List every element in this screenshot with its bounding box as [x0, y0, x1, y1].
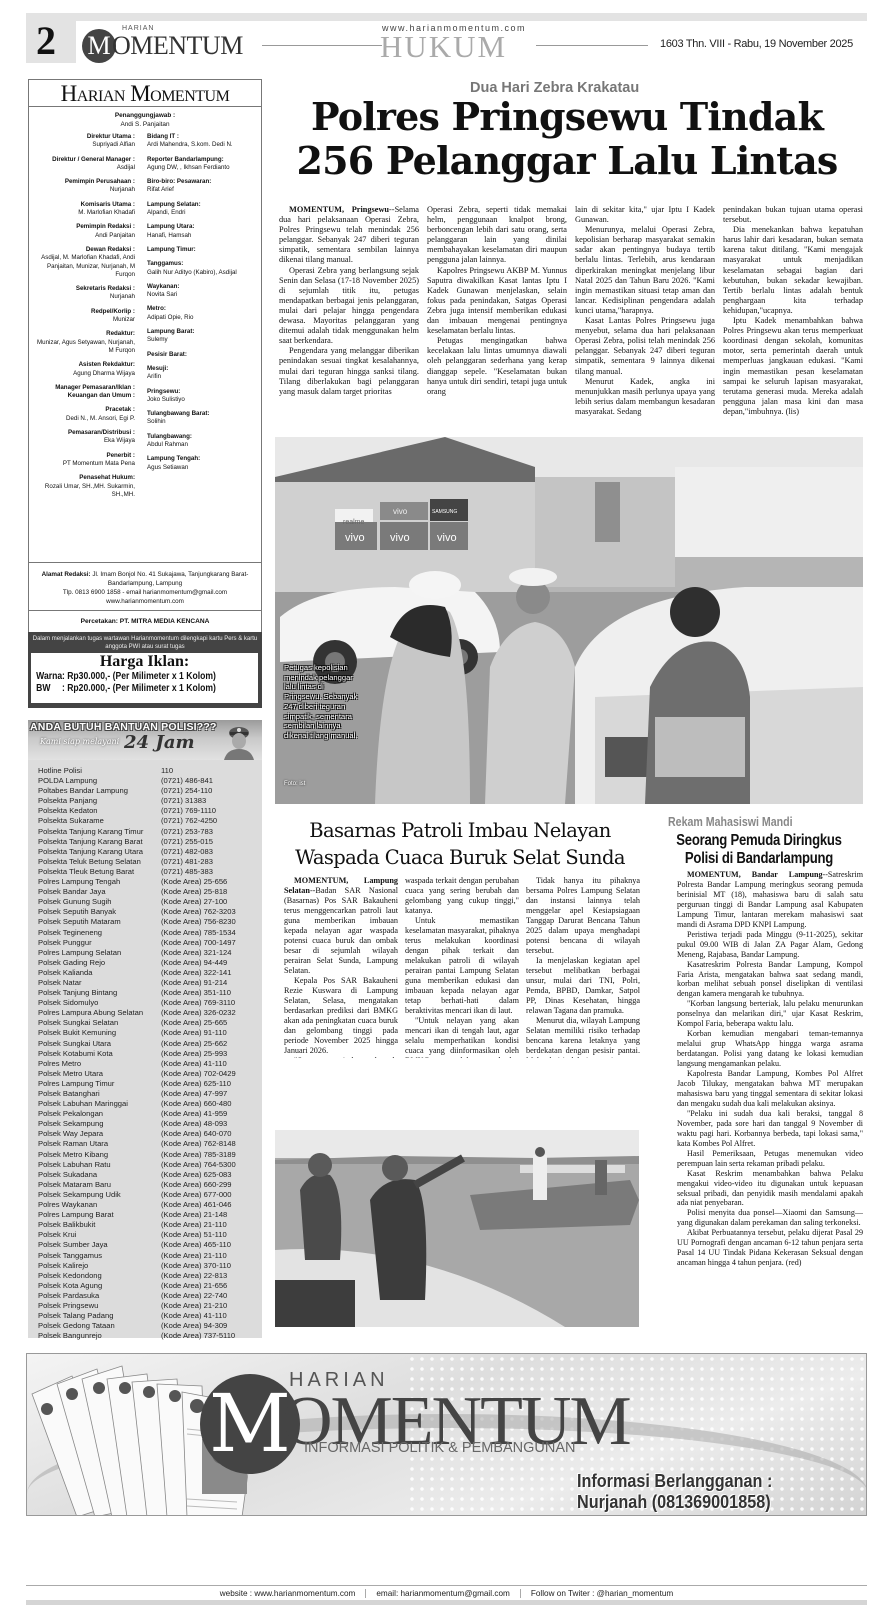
staff-entry: Lampung Timur: — [147, 246, 257, 254]
police-phone[interactable]: (Kode Area) 640-070 — [161, 1129, 232, 1139]
subscription-ad[interactable]: M HARIAN OMENTUM INFORMASI POLITIK & PEM… — [26, 1353, 867, 1516]
police-phone[interactable]: (Kode Area) 326-0232 — [161, 1008, 236, 1018]
staff-role: Tulangbawang: — [147, 433, 257, 441]
ad-subscription-contact[interactable]: Nurjanah (081369001858) — [577, 1492, 771, 1513]
police-phone[interactable]: (Kode Area) 461-046 — [161, 1200, 232, 1210]
police-unit-name: Polsek Seputih Banyak — [38, 907, 161, 917]
police-contact-row: Polsek Kalianda(Kode Area) 322-141 — [38, 968, 262, 978]
police-phone[interactable]: (Kode Area) 22-740 — [161, 1291, 227, 1301]
ad-subscription-label: Informasi Berlangganan : — [577, 1471, 772, 1492]
article1-photo[interactable]: realme vivo vivo vivo vivo SAMSUNG Petug… — [275, 437, 863, 804]
police-phone[interactable]: (Kode Area) 22-813 — [161, 1271, 227, 1281]
headline-line: Waspada Cuaca Buruk Selat Sunda — [280, 844, 640, 871]
staff-role: Direktur / General Manager : — [33, 156, 135, 164]
staff-role: Lampung Barat: — [147, 328, 257, 336]
staff-names: Munizar — [33, 316, 135, 324]
logo-wordmark: OMENTUM — [112, 31, 243, 61]
staff-entry: Manager Pemasaran/Iklan : Keuangan dan U… — [33, 384, 135, 401]
police-phone[interactable]: (0721) 481-283 — [161, 857, 213, 867]
police-unit-name: Polsek Kotabumi Kota — [38, 1049, 161, 1059]
police-phone[interactable]: (Kode Area) 465-110 — [161, 1240, 231, 1250]
police-unit-name: Polsek Pekalongan — [38, 1109, 161, 1119]
police-unit-name: POLDA Lampung — [38, 776, 161, 786]
police-unit-name: Polsek Tegineneng — [38, 928, 161, 938]
price-row-color: Warna: Rp30.000,- (Per Milimeter x 1 Kol… — [31, 671, 226, 683]
police-unit-name: Polsek Balikbukit — [38, 1220, 161, 1230]
staff-entry: Pemimpin Redaksi :Andi Panjaitan — [33, 223, 135, 240]
police-phone[interactable]: (Kode Area) 21-210 — [161, 1301, 227, 1311]
police-phone[interactable]: (Kode Area) 785-3189 — [161, 1150, 236, 1160]
staff-names: PT Momentum Mata Pena — [33, 460, 135, 468]
police-contact-row: Polsek Sekampung(Kode Area) 48-093 — [38, 1119, 262, 1129]
police-unit-name: Polsek Tanggamus — [38, 1251, 161, 1261]
police-contact-row: Polsek Tegineneng(Kode Area) 785-1534 — [38, 928, 262, 938]
article-paragraph: Kasatreskrim Polresta Bandar Lampung, Ko… — [677, 960, 863, 1000]
police-phone[interactable]: (Kode Area) 41-110 — [161, 1311, 227, 1321]
police-phone[interactable]: (Kode Area) 51-110 — [161, 1230, 227, 1240]
police-phone[interactable]: (Kode Area) 25-993 — [161, 1049, 227, 1059]
police-phone[interactable]: (Kode Area) 702-0429 — [161, 1069, 236, 1079]
staff-role: Redpel/Korlip : — [33, 308, 135, 316]
staff-names: Agus Setiawan — [147, 464, 257, 472]
police-phone[interactable]: (0721) 485-383 — [161, 867, 213, 877]
police-unit-name: Polsek Talang Padang — [38, 1311, 161, 1321]
article-paragraph: Menurunya, melalui Operasi Zebra, kepoli… — [575, 225, 715, 316]
article-paragraph: Untuk memastikan keselamatan masyarakat,… — [405, 916, 519, 1016]
staff-role: Biro-biro: Pesawaran: — [147, 178, 257, 186]
staff-entry: Dewan Redaksi :Asdijal, M. Marlofian Kha… — [33, 246, 135, 279]
staff-role: Komisaris Utama : — [33, 201, 135, 209]
staff-entry: Direktur / General Manager :Asdijal — [33, 156, 135, 173]
police-unit-name: Polres Waykanan — [38, 1200, 161, 1210]
police-contact-row: Polsek Mataram Baru(Kode Area) 660-299 — [38, 1180, 262, 1190]
paragraph-text: --Badan SAR Nasional (Basarnas) Pos SAR … — [284, 886, 398, 975]
ad-price-title: Harga Iklan: — [31, 653, 258, 671]
masthead-columns: Direktur Utama :Supriyadi AlfianDirektur… — [29, 133, 261, 505]
police-phone[interactable]: (0721) 482-083 — [161, 847, 213, 857]
footer-separator — [520, 1589, 521, 1598]
police-contact-row: Polsekta Tanjung Karang Barat(0721) 255-… — [38, 837, 262, 847]
staff-names: Arifin — [147, 373, 257, 381]
staff-names: Rozali Umar, SH.,MH. Sukarmin, SH.,MH. — [33, 483, 135, 500]
police-unit-name: Polsek Labuhan Maringgai — [38, 1099, 161, 1109]
staff-entry: Lampung Barat:Sulemy — [147, 328, 257, 345]
staff-role: Waykanan: — [147, 283, 257, 291]
police-contact-row: Polsek Krui(Kode Area) 51-110 — [38, 1230, 262, 1240]
police-phone[interactable]: (Kode Area) 762-8148 — [161, 1139, 236, 1149]
staff-names: Supriyadi Alfian — [33, 141, 135, 149]
printer-info: Percetakan: PT. MITRA MEDIA KENCANA — [29, 610, 261, 632]
police-contact-row: Polsek Raman Utara(Kode Area) 762-8148 — [38, 1139, 262, 1149]
headline-line: Basarnas Patroli Imbau Nelayan — [280, 817, 640, 844]
police-contact-row: Polsek Gedong Tataan(Kode Area) 94-309 — [38, 1321, 262, 1331]
police-unit-name: Polsek Bukit Kemuning — [38, 1028, 161, 1038]
police-phone[interactable]: (0721) 769-1110 — [161, 806, 216, 816]
police-unit-name: Polsekta Sukarame — [38, 816, 161, 826]
article3-body: MOMENTUM, Bandar Lampung--Satreskrim Pol… — [677, 870, 863, 1345]
article-paragraph: lain di sekitar kita," ujar Iptu I Kadek… — [575, 205, 715, 225]
price-label: BW — [36, 683, 62, 695]
police-phone[interactable]: (0721) 255-015 — [161, 837, 213, 847]
staff-entry: Lampung Selatan:Alpandi, Endri — [147, 201, 257, 218]
staff-entry: Komisaris Utama :M. Marlofian Khadafi — [33, 201, 135, 218]
staff-names: Rifat Arief — [147, 186, 257, 194]
staff-names: Hanafi, Hamsah — [147, 232, 257, 240]
article-paragraph: "Untuk nelayan yang akan mencari ikan di… — [405, 1016, 519, 1058]
police-contact-list: Hotline Polisi110POLDA Lampung(0721) 486… — [28, 760, 262, 1341]
article1-column-4: penindakan bukan tujuan utama operasi te… — [723, 205, 863, 433]
staff-names: Ardi Mahendra, S.kom. Dedi N. — [147, 141, 257, 149]
footer-bar — [26, 1600, 867, 1605]
police-phone[interactable]: (Kode Area) 625-110 — [161, 1079, 231, 1089]
staff-entry: Tulangbawang:Abdul Rahman — [147, 433, 257, 450]
staff-role: Tanggamus: — [147, 260, 257, 268]
traffic-police-photo: realme vivo vivo vivo vivo SAMSUNG — [275, 437, 863, 804]
police-contact-row: POLDA Lampung(0721) 486-841 — [38, 776, 262, 786]
staff-entry: Tulangbawang Barat:Solihin — [147, 410, 257, 427]
police-unit-name: Polsekta Tanjung Karang Utara — [38, 847, 161, 857]
staff-role: Redaktur: — [33, 330, 135, 338]
police-phone[interactable]: (Kode Area) 700-1497 — [161, 938, 236, 948]
staff-names: Agung DW, , Ikhsan Ferdianto — [147, 164, 257, 172]
staff-entry: Sekretaris Redaksi :Nurjanah — [33, 285, 135, 302]
police-contact-row: Polsek Talang Padang(Kode Area) 41-110 — [38, 1311, 262, 1321]
police-phone[interactable]: (0721) 253-783 — [161, 827, 213, 837]
masthead-right-column: Bidang IT :Ardi Mahendra, S.kom. Dedi N.… — [141, 133, 257, 505]
staff-role: Direktur Utama : — [33, 133, 135, 141]
address-text: Jl. Imam Bonjol No. 41 Sukajawa, Tanjung… — [92, 571, 248, 587]
police-contact-row: Polsek Metro Kibang(Kode Area) 785-3189 — [38, 1150, 262, 1160]
article-paragraph: Hasil Pemeriksaan, Petugas menemukan vid… — [677, 1149, 863, 1169]
police-phone[interactable]: (Kode Area) 322-141 — [161, 968, 232, 978]
article2-column-2: waspada terkait dengan perubahan cuaca y… — [405, 876, 519, 1058]
police-directory: ANDA BUTUH BANTUAN POLISI??? Kami siap m… — [28, 720, 262, 1338]
police-contact-row: Polsek Seputih Banyak(Kode Area) 762-320… — [38, 907, 262, 917]
police-unit-name: Polsek Pardasuka — [38, 1291, 161, 1301]
article1-column-3: lain di sekitar kita," ujar Iptu I Kadek… — [575, 205, 715, 433]
police-unit-name: Polres Lampung Timur — [38, 1079, 161, 1089]
article-paragraph: MOMENTUM, Lampung Selatan--Badan SAR Nas… — [284, 876, 398, 976]
staff-role: Asisten Rekdaktur: — [33, 361, 135, 369]
article-paragraph: Peristiwa terjadi pada Minggu (9-11-2025… — [677, 930, 863, 960]
divider — [262, 45, 382, 46]
article-paragraph: Polisi menyita dua ponsel—Xiaomi dan Sam… — [677, 1208, 863, 1228]
staff-role: Penerbit : — [33, 452, 135, 460]
police-phone[interactable]: (0721) 486-841 — [161, 776, 213, 786]
police-phone[interactable]: (Kode Area) 91-214 — [161, 978, 227, 988]
police-contact-row: Polsek Sumber Jaya(Kode Area) 465-110 — [38, 1240, 262, 1250]
staff-role: Pracetak : — [33, 406, 135, 414]
staff-entry: Pringsewu:Joko Sulistiyo — [147, 388, 257, 405]
police-phone[interactable]: (0721) 254-110 — [161, 786, 212, 796]
footer-twitter[interactable]: Follow on Twiter : @harian_momentum — [531, 1589, 673, 1598]
staff-role: Lampung Timur: — [147, 246, 257, 254]
svg-text:vivo: vivo — [390, 532, 410, 544]
staff-names: Asdijal, M. Marlofian Khadafi, Andi Panj… — [33, 254, 135, 279]
page-number: 2 — [36, 18, 56, 64]
police-contact-row: Polsek Batanghari(Kode Area) 47-997 — [38, 1089, 262, 1099]
headline-line: 256 Pelanggar Lalu Lintas — [270, 139, 864, 183]
police-phone[interactable]: (Kode Area) 21-110 — [161, 1251, 227, 1261]
article-paragraph: Dia menekankan bahwa kepatuhan harus lah… — [723, 225, 863, 316]
staff-entry: Metro:Adipati Opie, Rio — [147, 305, 257, 322]
police-unit-name: Polsek Batanghari — [38, 1089, 161, 1099]
police-contact-row: Polsek Tanggamus(Kode Area) 21-110 — [38, 1251, 262, 1261]
police-phone[interactable]: (Kode Area) 25-656 — [161, 877, 227, 887]
police-unit-name: Polsek Kalianda — [38, 968, 161, 978]
article-paragraph: Pengendara yang melanggar diberikan peni… — [279, 346, 419, 396]
footer-website[interactable]: website : www.harianmomentum.com — [220, 1589, 356, 1598]
staff-entry: Pemimpin Perusahaan :Nurjanah — [33, 178, 135, 195]
police-phone[interactable]: (Kode Area) 737-5110 — [161, 1331, 235, 1341]
police-unit-name: Polsek Gunung Sugih — [38, 897, 161, 907]
price-value: : Rp20.000,- (Per Milimeter x 1 Kolom) — [62, 683, 216, 694]
edition-date: 1603 Thn. VIII - Rabu, 19 November 2025 — [660, 38, 853, 50]
staff-names: Sulemy — [147, 336, 257, 344]
price-value: : Rp30.000,- (Per Milimeter x 1 Kolom) — [62, 671, 216, 682]
staff-names: Solihin — [147, 418, 257, 426]
article-paragraph: Kepala Pos SAR Bakauheni Rezie Kuswara d… — [284, 976, 398, 1056]
staff-role: Metro: — [147, 305, 257, 313]
police-unit-name: Polsekta Tanjung Karang Timur — [38, 827, 161, 837]
police-contact-row: Polsek Pardasuka(Kode Area) 22-740 — [38, 1291, 262, 1301]
staff-role: Tulangbawang Barat: — [147, 410, 257, 418]
staff-names: Adipati Opie, Rio — [147, 314, 257, 322]
staff-entry: Mesuji:Arifin — [147, 365, 257, 382]
police-unit-name: Polsek Bandar Jaya — [38, 887, 161, 897]
police-unit-name: Polsek Sekampung Udik — [38, 1190, 161, 1200]
article-paragraph: Operasi Zebra yang berlangsung sejak Sen… — [279, 266, 419, 347]
article3-headline[interactable]: Seorang Pemuda Diringkus Polisi di Banda… — [670, 832, 849, 868]
article2-headline[interactable]: Basarnas Patroli Imbau Nelayan Waspada C… — [280, 817, 640, 871]
police-phone[interactable]: (Kode Area) 370-110 — [161, 1261, 231, 1271]
article-paragraph: Iptu Kadek menambahkan bahwa Polres Prin… — [723, 316, 863, 417]
police-phone[interactable]: (Kode Area) 21-148 — [161, 1210, 227, 1220]
staff-names: Dedi N., M. Ansori, Egi P. — [33, 415, 135, 423]
press-card-note: Dalam menjalankan tugas wartawan Harianm… — [28, 632, 262, 651]
police-phone[interactable]: (Kode Area) 762-3203 — [161, 907, 236, 917]
police-contact-row: Polres Lampung Timur(Kode Area) 625-110 — [38, 1079, 262, 1089]
price-row-bw: BW: Rp20.000,- (Per Milimeter x 1 Kolom) — [31, 683, 226, 695]
police-phone[interactable]: (0721) 31383 — [161, 796, 206, 806]
police-unit-name: Polres Lampung Barat — [38, 1210, 161, 1220]
police-unit-name: Polsek Kota Agung — [38, 1281, 161, 1291]
police-phone[interactable]: (Kode Area) 351-110 — [161, 988, 231, 998]
police-contact-row: Polres Waykanan(Kode Area) 461-046 — [38, 1200, 262, 1210]
staff-names: Alpandi, Endri — [147, 209, 257, 217]
police-contact-row: Polsek Metro Utara(Kode Area) 702-0429 — [38, 1069, 262, 1079]
police-phone[interactable]: (Kode Area) 27-100 — [161, 897, 227, 907]
police-contact-row: Polsekta Kedaton(0721) 769-1110 — [38, 806, 262, 816]
address-label: Alamat Redaksi: — [42, 571, 91, 578]
police-phone[interactable]: (Kode Area) 21-656 — [161, 1281, 227, 1291]
police-unit-name: Polres Lampung Selatan — [38, 948, 161, 958]
article-paragraph: Ia menjelaskan kegiatan apel tersebut me… — [526, 956, 640, 1016]
article-paragraph: MOMENTUM, Bandar Lampung--Satreskrim Pol… — [677, 870, 863, 930]
police-contact-row: Polsekta Teluk Betung Selatan(0721) 481-… — [38, 857, 262, 867]
police-phone[interactable]: (Kode Area) 25-818 — [161, 887, 227, 897]
svg-text:vivo: vivo — [437, 532, 457, 544]
article-paragraph: Kasat Lantas Polres Pringsewu juga menye… — [575, 316, 715, 377]
police-phone[interactable]: (Kode Area) 25-665 — [161, 1018, 227, 1028]
police-contact-row: Polsekta Tanjung Karang Timur(0721) 253-… — [38, 827, 262, 837]
police-contact-row: Polres Lampung Selatan(Kode Area) 321-12… — [38, 948, 262, 958]
police-unit-name: Polsek Punggur — [38, 938, 161, 948]
staff-entry: Lampung Utara:Hanafi, Hamsah — [147, 223, 257, 240]
police-unit-name: Polsek Raman Utara — [38, 1139, 161, 1149]
police-phone[interactable]: (Kode Area) 756-8230 — [161, 917, 236, 927]
article1-photo-credit: Foto: ist — [284, 781, 305, 787]
police-contact-row: Polsek Sidomulyo(Kode Area) 769-3110 — [38, 998, 262, 1008]
article-paragraph: MOMENTUM, Pringsewu--Selama dua hari pel… — [279, 205, 419, 266]
police-phone[interactable]: (0721) 762-4250 — [161, 816, 217, 826]
police-unit-name: Polsek Sekampung — [38, 1119, 161, 1129]
police-phone[interactable]: (Kode Area) 21-110 — [161, 1220, 227, 1230]
footer: website : www.harianmomentum.com email: … — [26, 1589, 867, 1598]
masthead-title: Harian Momentum — [29, 80, 261, 107]
svg-text:vivo: vivo — [393, 507, 408, 516]
police-unit-name: Polsek Metro Kibang — [38, 1150, 161, 1160]
police-phone[interactable]: (Kode Area) 785-1534 — [161, 928, 236, 938]
police-subheading: Kami siap melayani — [40, 737, 119, 746]
staff-role: Pemasaran/Distribusi : — [33, 429, 135, 437]
svg-text:SAMSUNG: SAMSUNG — [432, 509, 457, 515]
police-contact-row: Poltabes Bandar Lampung(0721) 254-110 — [38, 786, 262, 796]
staff-role: Reporter Bandarlampung: — [147, 156, 257, 164]
footer-email[interactable]: email: harianmomentum@gmail.com — [376, 1589, 509, 1598]
staff-role: Pringsewu: — [147, 388, 257, 396]
staff-role: Mesuji: — [147, 365, 257, 373]
staff-role: Dewan Redaksi : — [33, 246, 135, 254]
staff-role: Sekretaris Redaksi : — [33, 285, 135, 293]
staff-entry: Tanggamus:Galih Nur Adityo (Kabiro), Asd… — [147, 260, 257, 277]
svg-text:realme: realme — [343, 519, 365, 526]
police-unit-name: Polsek Natar — [38, 978, 161, 988]
police-unit-name: Polsekta Kedaton — [38, 806, 161, 816]
section-title: HUKUM — [380, 29, 507, 65]
police-hours: 24 Jam — [124, 732, 195, 753]
staff-names: Andi Panjaitan — [33, 232, 135, 240]
staff-names: Munizar, Agus Setyawan, Nurjanah, M Furq… — [33, 339, 135, 356]
chief-role: Penanggungjawab : — [115, 112, 175, 119]
police-phone[interactable]: (Kode Area) 625-083 — [161, 1170, 232, 1180]
article-paragraph: Korban kemudian mengabari teman-temannya… — [677, 1029, 863, 1069]
police-contact-row: Polres Lampung Barat(Kode Area) 21-148 — [38, 1210, 262, 1220]
police-unit-name: Polsek Sumber Jaya — [38, 1240, 161, 1250]
police-contact-row: Polres Metro(Kode Area) 41-110 — [38, 1059, 262, 1069]
police-phone[interactable]: (Kode Area) 25-662 — [161, 1039, 227, 1049]
staff-entry: Asisten Rekdaktur:Agung Dharma Wijaya — [33, 361, 135, 378]
police-contact-row: Polsek Natar(Kode Area) 91-214 — [38, 978, 262, 988]
staff-entry: Biro-biro: Pesawaran:Rifat Arief — [147, 178, 257, 195]
article2-column-3: Tidak hanya itu pihaknya bersama Polres … — [526, 876, 640, 1058]
police-contact-row: Polsek Sungkai Utara(Kode Area) 25-662 — [38, 1039, 262, 1049]
staff-role: Lampung Tengah: — [147, 455, 257, 463]
staff-role: Bidang IT : — [147, 133, 257, 141]
article-paragraph: Akibat Perbuatannya tersebut, pelaku dij… — [677, 1228, 863, 1268]
police-contact-row: Polsek Labuhan Ratu(Kode Area) 764-5300 — [38, 1160, 262, 1170]
staff-names: Galih Nur Adityo (Kabiro), Asdijal — [147, 269, 257, 277]
sea-patrol-photo — [275, 1130, 639, 1327]
police-contact-row: Polres Lampura Abung Selatan(Kode Area) … — [38, 1008, 262, 1018]
police-banner: ANDA BUTUH BANTUAN POLISI??? Kami siap m… — [28, 720, 262, 760]
police-unit-name: Polsekta Panjang — [38, 796, 161, 806]
masthead-chief: Penanggungjawab : Andi S. Panjaitan — [29, 112, 261, 129]
police-contact-row: Polsekta Tleuk Betung Barat(0721) 485-38… — [38, 867, 262, 877]
police-officer-icon — [222, 723, 256, 760]
staff-entry: Penasehat Hukum:Rozali Umar, SH.,MH. Suk… — [33, 474, 135, 499]
article3-kicker: Rekam Mahasiswi Mandi — [668, 815, 793, 829]
article-paragraph: penindakan bukan tujuan utama operasi te… — [723, 205, 863, 225]
police-phone[interactable]: (Kode Area) 94-449 — [161, 958, 227, 968]
staff-names: Nurjanah — [33, 186, 135, 194]
police-unit-name: Polsek Way Jepara — [38, 1129, 161, 1139]
police-contact-row: Hotline Polisi110 — [38, 766, 262, 776]
article-paragraph: "Saya mengimbau kepada masyarakat yang a… — [284, 1056, 398, 1058]
police-phone[interactable]: (Kode Area) 94-309 — [161, 1321, 227, 1331]
police-contact-row: Polsek Tanjung Bintang(Kode Area) 351-11… — [38, 988, 262, 998]
police-phone[interactable]: (Kode Area) 769-3110 — [161, 998, 235, 1008]
police-phone[interactable]: (Kode Area) 47-997 — [161, 1089, 227, 1099]
police-phone[interactable]: (Kode Area) 41-959 — [161, 1109, 227, 1119]
header-top-bar — [26, 13, 867, 21]
masthead-box: Harian Momentum Penanggungjawab : Andi S… — [28, 79, 262, 707]
staff-entry: Pesisir Barat: — [147, 351, 257, 359]
police-unit-name: Polsekta Teluk Betung Selatan — [38, 857, 161, 867]
police-unit-name: Hotline Polisi — [38, 766, 161, 776]
svg-text:vivo: vivo — [345, 532, 365, 544]
staff-entry: Pracetak :Dedi N., M. Ansori, Egi P. — [33, 406, 135, 423]
police-phone[interactable]: (Kode Area) 48-093 — [161, 1119, 227, 1129]
police-phone[interactable]: (Kode Area) 91-110 — [161, 1028, 227, 1038]
police-contact-row: Polsek Labuhan Maringgai(Kode Area) 660-… — [38, 1099, 262, 1109]
article1-headline[interactable]: Polres Pringsewu Tindak 256 Pelanggar La… — [270, 95, 864, 183]
police-phone[interactable]: 110 — [161, 766, 173, 776]
headline-line: Seorang Pemuda Diringkus — [670, 832, 849, 850]
article-dateline: MOMENTUM, Bandar Lampung — [687, 870, 823, 879]
police-contact-row: Polsek Gunung Sugih(Kode Area) 27-100 — [38, 897, 262, 907]
police-phone[interactable]: (Kode Area) 41-110 — [161, 1059, 227, 1069]
police-unit-name: Polsek Pringsewu — [38, 1301, 161, 1311]
staff-names: Agung Dharma Wijaya — [33, 370, 135, 378]
police-phone[interactable]: (Kode Area) 660-480 — [161, 1099, 232, 1109]
article2-body: MOMENTUM, Lampung Selatan--Badan SAR Nas… — [284, 876, 640, 1058]
article-paragraph: Kasat Reskrim menambahkan bahwa Pelaku m… — [677, 1169, 863, 1209]
address-website[interactable]: www.harianmomentum.com — [106, 598, 184, 605]
police-contact-row: Polsek Sekampung Udik(Kode Area) 677-000 — [38, 1190, 262, 1200]
police-unit-name: Polsek Sidomulyo — [38, 998, 161, 1008]
police-phone[interactable]: (Kode Area) 660-299 — [161, 1180, 232, 1190]
article2-photo[interactable] — [275, 1130, 639, 1327]
police-phone[interactable]: (Kode Area) 321-124 — [161, 948, 232, 958]
staff-entry: Pemasaran/Distribusi :Eka Wijaya — [33, 429, 135, 446]
contact-text[interactable]: Tlp. 0813 6900 1858 - email harianmoment… — [63, 589, 227, 596]
staff-names: Joko Sulistiyo — [147, 396, 257, 404]
staff-entry: Bidang IT :Ardi Mahendra, S.kom. Dedi N. — [147, 133, 257, 150]
staff-entry: Direktur Utama :Supriyadi Alfian — [33, 133, 135, 150]
police-phone[interactable]: (Kode Area) 677-000 — [161, 1190, 232, 1200]
police-unit-name: Polsek Gedong Tataan — [38, 1321, 161, 1331]
police-unit-name: Polsek Bangunrejo — [38, 1331, 161, 1341]
staff-entry: Redaktur:Munizar, Agus Setyawan, Nurjana… — [33, 330, 135, 355]
staff-entry: Penerbit :PT Momentum Mata Pena — [33, 452, 135, 469]
police-contact-row: Polsek Bukit Kemuning(Kode Area) 91-110 — [38, 1028, 262, 1038]
article-paragraph: waspada terkait dengan perubahan cuaca y… — [405, 876, 519, 916]
police-contact-row: Polsekta Tanjung Karang Utara(0721) 482-… — [38, 847, 262, 857]
masthead-logo[interactable]: M HARIAN OMENTUM — [82, 25, 252, 65]
logo-initial: M — [82, 29, 116, 63]
police-phone[interactable]: (Kode Area) 764-5300 — [161, 1160, 236, 1170]
